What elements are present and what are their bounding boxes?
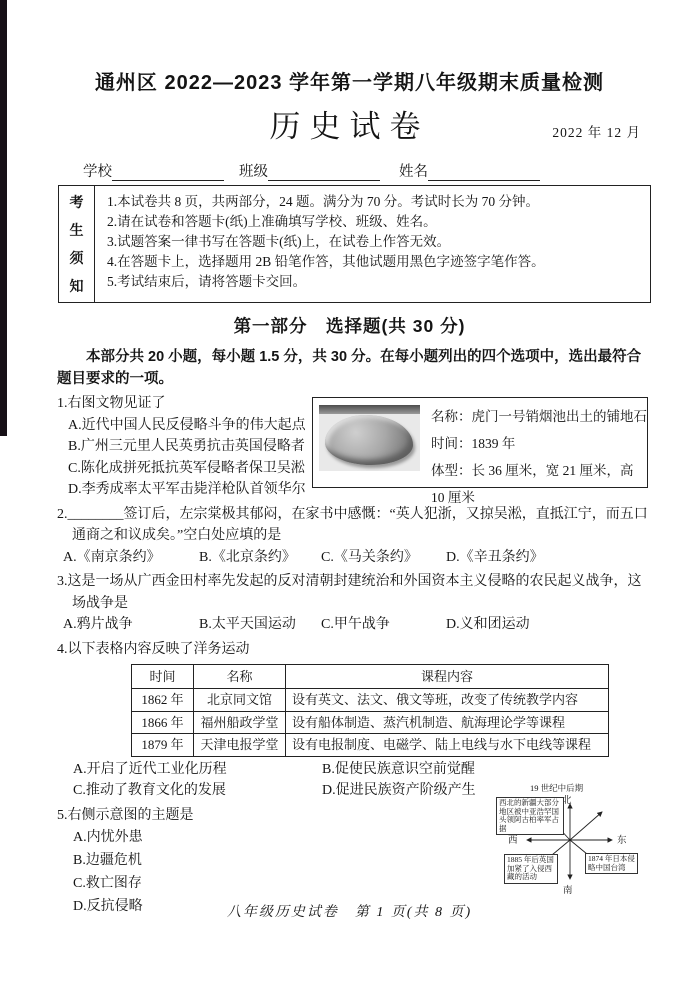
question-4: 4.以下表格内容反映了洋务运动 时间 名称 课程内容 1862 年 北京同文馆 … (57, 639, 649, 802)
stone-image (325, 415, 413, 465)
notice-label-char: 须 (70, 248, 84, 268)
cell-name: 北京同文馆 (194, 689, 286, 712)
notice-label-char: 考 (70, 192, 84, 212)
col-header-time: 时间 (132, 665, 194, 689)
table-row: 1879 年 天津电报学堂 设有电报制度、电磁学、陆上电线与水下电线等课程 (132, 734, 609, 757)
cell-time: 1862 年 (132, 689, 194, 712)
artifact-caption: 名称：虎门一号销烟池出土的铺地石 时间：1839 年 体型：长 36 厘米，宽 … (431, 398, 647, 511)
table-header-row: 时间 名称 课程内容 (132, 665, 609, 689)
question-4-stem: 4.以下表格内容反映了洋务运动 (57, 639, 649, 661)
student-info-row: 学校 班级 姓名 (83, 160, 651, 181)
yangwu-schools-table: 时间 名称 课程内容 1862 年 北京同文馆 设有英文、法文、俄文等班，改变了… (131, 664, 609, 757)
question-3-stem: 3.这是一场从广西金田村率先发起的反对清朝封建统治和外国资本主义侵略的农民起义战… (57, 571, 649, 614)
name-label: 姓名 (399, 160, 428, 181)
name-blank-line (428, 165, 540, 181)
subject-row: 历史试卷 2022 年 12 月 (0, 101, 699, 145)
cell-course: 设有船体制造、蒸汽机制造、航海理论学等课程 (286, 711, 609, 734)
school-label: 学校 (83, 160, 112, 181)
compass-east-label: 东 (617, 832, 627, 846)
cell-time: 1866 年 (132, 711, 194, 734)
notice-label-char: 知 (70, 276, 84, 296)
artifact-size-line: 体型：长 36 厘米，宽 21 厘米，高 10 厘米 (431, 457, 647, 511)
cell-name: 福州船政学堂 (194, 711, 286, 734)
question-2-options: A.《南京条约》 B.《北京条约》 C.《马关条约》 D.《辛丑条约》 (63, 547, 649, 569)
taiwan-crisis-box: 1874 年日本侵略中国台湾 (585, 853, 638, 874)
photo-shadow (319, 405, 420, 414)
artifact-time-line: 时间：1839 年 (431, 430, 647, 457)
option-c: C.《马关条约》 (321, 547, 446, 569)
option-a: A.《南京条约》 (63, 547, 199, 569)
notice-item: 4.在答题卡上，选择题用 2B 铅笔作答，其他试题用黑色字迹签字笔作答。 (107, 252, 642, 272)
class-label: 班级 (239, 160, 268, 181)
class-blank-line (268, 165, 380, 181)
option-d: D.义和团运动 (446, 614, 530, 636)
option-b: B.太平天国运动 (199, 614, 321, 636)
section-heading: 第一部分 选择题(共 30 分) (0, 313, 699, 338)
option-c: C.甲午战争 (321, 614, 446, 636)
school-blank-line (112, 165, 224, 181)
cell-course: 设有电报制度、电磁学、陆上电线与水下电线等课程 (286, 734, 609, 757)
notice-item: 1.本试卷共 8 页，共两部分，24 题。满分为 70 分。考试时长为 70 分… (107, 192, 642, 212)
diagram-era-label: 19 世纪中后期 (530, 782, 583, 794)
col-header-name: 名称 (194, 665, 286, 689)
notice-label: 考 生 须 知 (59, 186, 95, 302)
table-row: 1862 年 北京同文馆 设有英文、法文、俄文等班，改变了传统教学内容 (132, 689, 609, 712)
table-row: 1866 年 福州船政学堂 设有船体制造、蒸汽机制造、航海理论学等课程 (132, 711, 609, 734)
option-a: A.鸦片战争 (63, 614, 199, 636)
exam-date: 2022 年 12 月 (552, 121, 641, 141)
question-1: 1.右图文物见证了 A.近代中国人民反侵略斗争的伟大起点 B.广州三元里人民英勇… (57, 393, 649, 501)
notice-item: 5.考试结束后，请将答题卡交回。 (107, 272, 642, 292)
artifact-info-box: 名称：虎门一号销烟池出土的铺地石 时间：1839 年 体型：长 36 厘米，宽 … (312, 397, 648, 488)
question-2: 2.________签订后，左宗棠极其郁闷，在家书中感慨：“英人犯浙，又掠吴淞，… (57, 504, 649, 569)
exam-title: 通州区 2022—2023 学年第一学期八年级期末质量检测 (0, 0, 699, 95)
cell-course: 设有英文、法文、俄文等班，改变了传统教学内容 (286, 689, 609, 712)
subject-title: 历史试卷 (270, 109, 430, 144)
option-a: A.开启了近代工业化历程 (73, 759, 322, 781)
notice-item: 2.请在试卷和答题卡(纸)上准确填写学校、班级、姓名。 (107, 212, 642, 232)
cell-name: 天津电报学堂 (194, 734, 286, 757)
cell-time: 1879 年 (132, 734, 194, 757)
scan-edge-artifact (0, 0, 7, 436)
border-crisis-diagram: 19 世纪中后期 北 西 东 南 西北的新疆大部分地区被中亚浩罕国头领阿古柏率军… (490, 782, 655, 895)
section-intro: 本部分共 20 小题，每小题 1.5 分，共 30 分。在每小题列出的四个选项中… (57, 346, 643, 390)
xinjiang-crisis-box: 西北的新疆大部分地区被中亚浩罕国头领阿古柏率军占据 (496, 797, 564, 835)
tibet-crisis-box: 1885 年后英国加紧了入侵西藏的活动 (504, 854, 558, 884)
notice-items: 1.本试卷共 8 页，共两部分，24 题。满分为 70 分。考试时长为 70 分… (95, 186, 650, 302)
page-footer: 八年级历史试卷 第 1 页(共 8 页) (0, 901, 699, 921)
notice-label-char: 生 (70, 220, 84, 240)
option-b: B.《北京条约》 (199, 547, 321, 569)
candidate-notice-box: 考 生 须 知 1.本试卷共 8 页，共两部分，24 题。满分为 70 分。考试… (58, 185, 651, 303)
notice-item: 3.试题答案一律书写在答题卡(纸)上，在试卷上作答无效。 (107, 232, 642, 252)
option-b: B.促使民族意识空前觉醒 (322, 759, 649, 781)
question-3: 3.这是一场从广西金田村率先发起的反对清朝封建统治和外国资本主义侵略的农民起义战… (57, 571, 649, 636)
option-c: C.推动了教育文化的发展 (73, 780, 322, 802)
col-header-course: 课程内容 (286, 665, 609, 689)
artifact-name-line: 名称：虎门一号销烟池出土的铺地石 (431, 403, 647, 430)
artifact-photo (319, 405, 420, 471)
question-3-options: A.鸦片战争 B.太平天国运动 C.甲午战争 D.义和团运动 (63, 614, 649, 636)
compass-south-label: 南 (563, 882, 573, 896)
option-d: D.《辛丑条约》 (446, 547, 544, 569)
exam-page: 通州区 2022—2023 学年第一学期八年级期末质量检测 历史试卷 2022 … (0, 0, 699, 983)
